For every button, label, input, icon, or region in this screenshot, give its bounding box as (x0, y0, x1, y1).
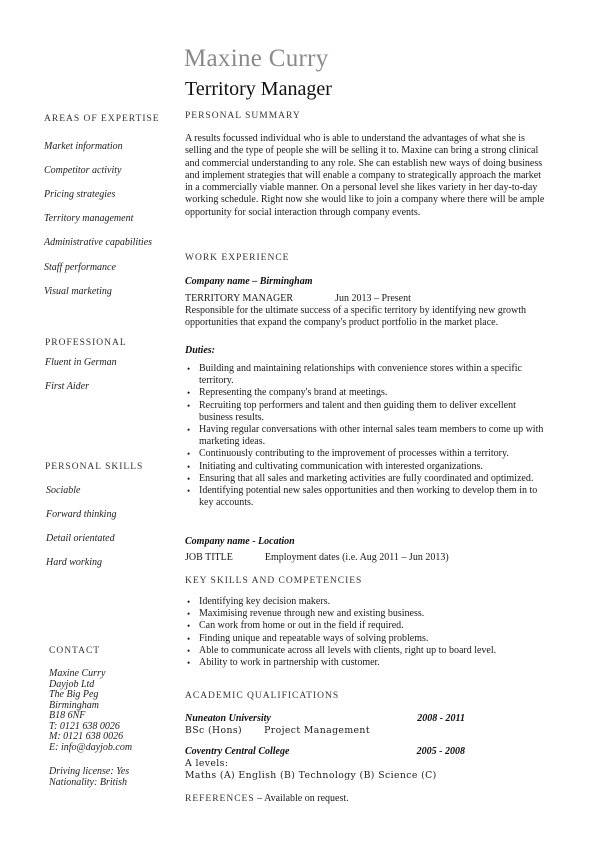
contact-extra: Driving license: Yes Nationality: Britis… (49, 767, 129, 788)
duty-item: •Ensuring that all sales and marketing a… (185, 473, 545, 485)
key-skill-item: •Finding unique and repeatable ways of s… (185, 633, 545, 645)
personal-skill-item: Hard working (46, 557, 102, 569)
key-skills-heading: KEY SKILLS AND COMPETENCIES (185, 575, 362, 587)
job-role: TERRITORY MANAGER (185, 293, 293, 304)
work-experience-heading: WORK EXPERIENCE (185, 252, 289, 264)
education-entry: Nuneaton University 2008 - 2011 (185, 713, 465, 725)
key-skills-list: •Identifying key decision makers. •Maxim… (185, 596, 545, 669)
personal-summary-heading: PERSONAL SUMMARY (185, 110, 301, 122)
expertise-item: Pricing strategies (44, 189, 115, 201)
contact-mobile: M: 0121 638 0026 (49, 732, 132, 743)
education-years: 2005 - 2008 (417, 746, 465, 758)
key-skill-item: •Identifying key decision makers. (185, 596, 545, 608)
key-skill-item: •Able to communicate across all levels w… (185, 645, 545, 657)
candidate-name: Maxine Curry (184, 44, 329, 74)
job-dates: Jun 2013 – Present (335, 293, 411, 304)
expertise-item: Staff performance (44, 262, 116, 274)
job-role-line: JOB TITLEEmployment dates (i.e. Aug 2011… (185, 552, 449, 564)
duty-item: •Having regular conversations with other… (185, 424, 545, 448)
institution: Nuneaton University (185, 713, 271, 725)
institution: Coventry Central College (185, 746, 289, 758)
expertise-item: Visual marketing (44, 286, 112, 298)
expertise-item: Competitor activity (44, 165, 122, 177)
references-line: REFERENCES – Available on request. (185, 793, 349, 805)
academic-heading: ACADEMIC QUALIFICATIONS (185, 690, 339, 702)
degree-line: BSc (Hons)Project Management (185, 725, 370, 737)
duty-item: •Continuously contributing to the improv… (185, 448, 545, 460)
duty-item: •Initiating and cultivating communicatio… (185, 461, 545, 473)
job-role: JOB TITLE (185, 552, 233, 563)
duties-label: Duties: (185, 345, 215, 357)
degree-subject: Project Management (264, 725, 370, 736)
duty-item: •Identifying potential new sales opportu… (185, 485, 545, 509)
a-levels-label: A levels: (185, 758, 228, 770)
personal-summary-text: A results focussed individual who is abl… (185, 133, 545, 219)
professional-item: Fluent in German (45, 357, 117, 369)
job-role-line: TERRITORY MANAGERJun 2013 – Present (185, 293, 411, 305)
education-entry: Coventry Central College 2005 - 2008 (185, 746, 465, 758)
job-title: Territory Manager (185, 77, 332, 101)
personal-skill-item: Sociable (46, 485, 80, 497)
contact-address-1: The Big Peg (49, 690, 132, 701)
contact-heading: CONTACT (49, 645, 100, 657)
contact-block: Maxine Curry Dayjob Ltd The Big Peg Birm… (49, 669, 132, 753)
contact-postcode: B18 6NF (49, 711, 132, 722)
professional-heading: PROFESSIONAL (45, 337, 127, 349)
references-text: – Available on request. (255, 793, 349, 804)
references-heading: REFERENCES (185, 794, 255, 804)
company-name: Company name - Location (185, 536, 295, 548)
expertise-item: Market information (44, 141, 123, 153)
a-levels-grades: Maths (A) English (B) Technology (B) Sci… (185, 770, 437, 782)
duty-item: •Representing the company's brand at mee… (185, 387, 545, 399)
duty-item: •Recruiting top performers and talent an… (185, 400, 545, 424)
driving-license: Driving license: Yes (49, 767, 129, 778)
education-years: 2008 - 2011 (417, 713, 465, 725)
key-skill-item: •Ability to work in partnership with cus… (185, 657, 545, 669)
job-description: Responsible for the ultimate success of … (185, 305, 545, 330)
personal-skills-heading: PERSONAL SKILLS (45, 461, 143, 473)
areas-of-expertise-heading: AREAS OF EXPERTISE (44, 113, 160, 125)
expertise-item: Territory management (44, 213, 133, 225)
personal-skill-item: Detail orientated (46, 533, 115, 545)
company-name: Company name – Birmingham (185, 276, 313, 288)
key-skill-item: •Can work from home or out in the field … (185, 620, 545, 632)
duties-list: •Building and maintaining relationships … (185, 363, 545, 509)
contact-email[interactable]: E: info@dayjob.com (49, 743, 132, 754)
expertise-item: Administrative capabilities (44, 237, 152, 249)
contact-name: Maxine Curry (49, 669, 132, 680)
personal-skill-item: Forward thinking (46, 509, 116, 521)
degree: BSc (Hons) (185, 725, 242, 736)
duty-item: •Building and maintaining relationships … (185, 363, 545, 387)
job-dates: Employment dates (i.e. Aug 2011 – Jun 20… (265, 552, 449, 563)
key-skill-item: •Maximising revenue through new and exis… (185, 608, 545, 620)
nationality: Nationality: British (49, 778, 129, 789)
professional-item: First Aider (45, 381, 89, 393)
